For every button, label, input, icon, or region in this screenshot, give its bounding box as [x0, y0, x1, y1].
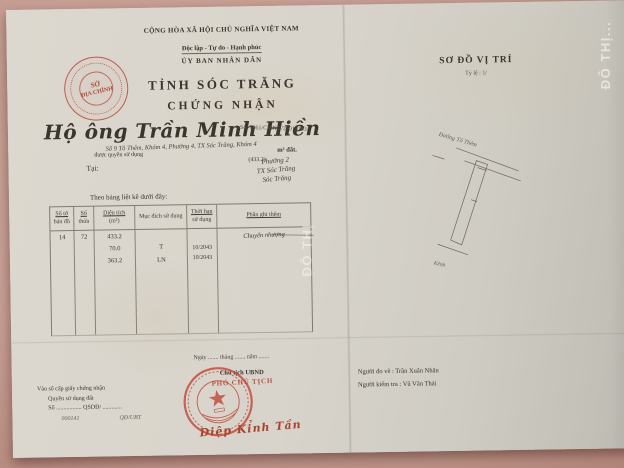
- cell-purpose-1: T: [136, 243, 187, 251]
- cell-area-3: 363.2: [95, 257, 135, 265]
- street-label: Đường Tô Thêm: [437, 132, 478, 149]
- register-line1: Vào sổ cấp giấy chứng nhận: [37, 385, 105, 394]
- header-sheet: Số tờ: [55, 211, 68, 217]
- inspector-line: Người kiểm tra : Vũ Văn Thái: [358, 380, 437, 390]
- header-plot: Số: [80, 211, 86, 217]
- grant-text: được quyền sử dụng: [94, 152, 143, 161]
- col-duration: Thời hạn sử dụng 10/2043 10/2043: [187, 205, 219, 333]
- area-unit: m² đất.: [277, 146, 297, 155]
- header-area-2: (m²): [109, 218, 120, 224]
- fold-crease-vertical: [342, 5, 352, 453]
- watermark-dothi-top: ĐÔ THỊ...: [594, 10, 618, 100]
- col-sheet: Số tờ bản đồ 14: [50, 207, 76, 335]
- watermark-dothi-middle: ĐÔ THỊ: [297, 203, 319, 298]
- cell-area-1: 433.2: [95, 233, 135, 241]
- surveyor-line: Người đo vẽ : Trần Xuân Nhân: [358, 367, 439, 377]
- table-intro: Theo bảng liệt kê dưới đây:: [90, 192, 167, 202]
- at-label: Tại:: [86, 164, 98, 174]
- parcel-table: Số tờ bản đồ 14 Số thửa 72 Diện tích (m²…: [49, 202, 313, 336]
- col-area: Diện tích (m²) 433.2 70.0 363.2: [94, 206, 137, 335]
- register-line2: Quyền sử dụng đất: [48, 396, 94, 405]
- header-area: Diện tích: [103, 210, 125, 216]
- col-purpose: Mục đích sử dụng T LN: [135, 205, 189, 334]
- header-sheet-2: bản đồ: [54, 219, 70, 225]
- cell-duration-2: 10/2043: [188, 255, 217, 261]
- national-motto-line2: Độc lập - Tự do - Hạnh phúc: [182, 44, 262, 54]
- header-duration-2: sử dụng: [192, 217, 211, 223]
- header-note: Phần ghi thêm: [246, 212, 281, 219]
- site-plan-title: SƠ ĐỒ VỊ TRÍ: [420, 54, 532, 68]
- photo-of-land-certificate: CỘNG HÒA XÃ HỘI CHỦ NGHĨA VIỆT NAM Độc l…: [0, 0, 624, 468]
- header-duration: Thời hạn: [191, 209, 213, 215]
- register-line3: Số ................. QSDĐ/ .............: [48, 404, 122, 413]
- cell-purpose-2: LN: [136, 256, 187, 264]
- register-decision-handwritten: QĐ/UBT: [119, 415, 141, 423]
- cell-plot: 72: [75, 234, 94, 241]
- header-plot-2: thửa: [78, 219, 89, 225]
- cell-duration-1: 10/2043: [188, 245, 217, 251]
- date-line: Ngày ....... tháng ....... năm .......: [193, 354, 269, 363]
- cell-area-2: 70.0: [95, 245, 135, 253]
- header-purpose: Mục đích sử dụng: [139, 213, 183, 220]
- site-plan-sketch: Đường Tô Thêm Kênh: [430, 127, 537, 274]
- canal-label: Kênh: [432, 260, 446, 269]
- col-plot: Số thửa 72: [74, 207, 96, 335]
- cell-sheet: 14: [51, 234, 74, 241]
- register-number-handwritten: 000141: [61, 416, 79, 424]
